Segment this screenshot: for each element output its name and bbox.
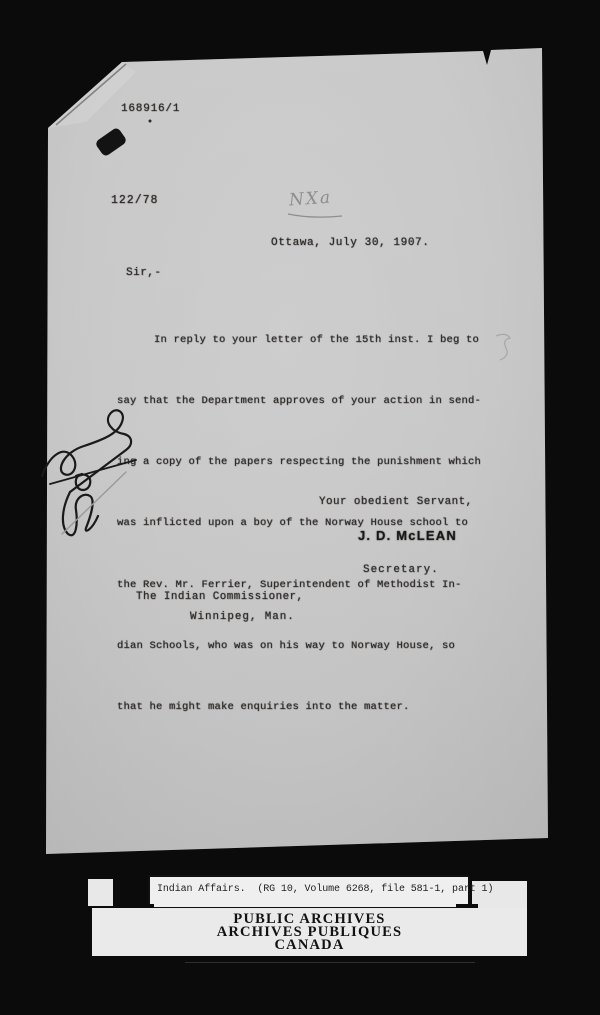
body-line: that he might make enquiries into the ma… <box>117 697 502 717</box>
scan-artifact-line <box>185 962 475 963</box>
closing-line: Your obedient Servant, <box>319 496 473 508</box>
footer-paper-patch-left <box>88 879 113 906</box>
signature-name-stamp: J. D. McLEAN <box>358 528 457 543</box>
recipient-line-1: The Indian Commissioner, <box>136 591 304 603</box>
body-line: dian Schools, who was on his way to Norw… <box>117 636 502 656</box>
body-line: ing a copy of the papers respecting the … <box>117 452 502 472</box>
archive-reference-text: Indian Affairs. (RG 10, Volume 6268, fil… <box>157 884 468 895</box>
archives-stamp-line-3: CANADA <box>92 939 527 952</box>
scanned-letter-page: 168916/1 122/78 NXa Ottawa, July 30, 190… <box>0 0 600 1015</box>
letter-body: In reply to your letter of the 15th inst… <box>117 289 502 758</box>
file-number: 168916/1 <box>121 103 180 115</box>
body-line: say that the Department approves of your… <box>117 391 502 411</box>
recipient-line-2: Winnipeg, Man. <box>190 611 295 623</box>
archive-reference-label-box: Indian Affairs. (RG 10, Volume 6268, fil… <box>148 875 470 909</box>
pencil-monogram: NXa <box>288 188 332 211</box>
signature-title: Secretary. <box>363 564 439 576</box>
salutation: Sir,- <box>126 267 162 279</box>
office-number: 122/78 <box>111 194 158 207</box>
body-line: In reply to your letter of the 15th inst… <box>117 330 502 350</box>
dateline: Ottawa, July 30, 1907. <box>271 237 429 249</box>
public-archives-stamp: PUBLIC ARCHIVES ARCHIVES PUBLIQUES CANAD… <box>92 908 527 956</box>
